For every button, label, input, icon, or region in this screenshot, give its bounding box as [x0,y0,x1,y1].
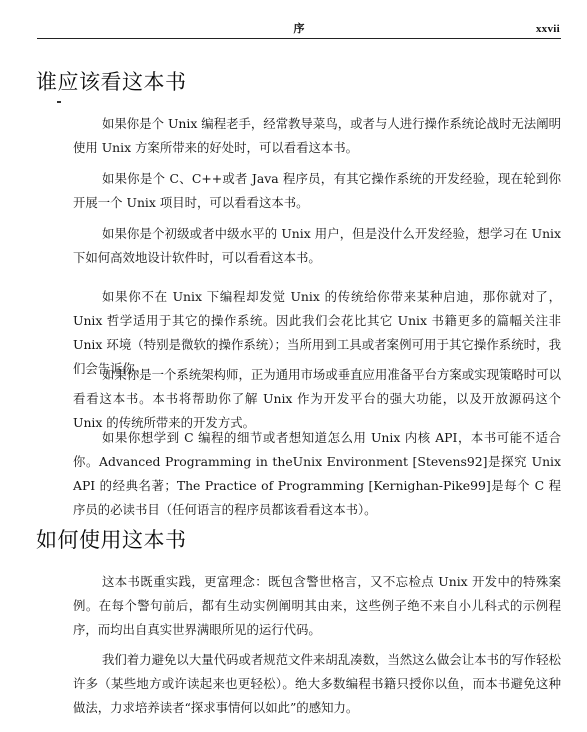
section-heading-who-should-read: 谁应该看这本书 [36,66,187,96]
paragraph-c-api-details: 如果你想学到 C 编程的细节或者想知道怎么用 Unix 内核 API，本书可能不… [73,426,561,522]
scan-artifact-mark [57,101,61,103]
paragraph-practice-and-philosophy: 这本书既重实践，更富理念：既包含警世格言，又不忘检点 Unix 开发中的特殊案例… [73,570,561,642]
section-heading-how-to-use: 如何使用这本书 [36,524,187,554]
paragraph-c-java-programmer: 如果你是个 C、C++或者 Java 程序员，有其它操作系统的开发经验，现在轮到… [73,167,561,215]
running-header: 序 xxvii [37,18,561,39]
page-number: xxvii [536,23,560,35]
running-header-title: 序 [37,20,561,36]
paragraph-avoid-padding: 我们着力避免以大量代码或者规范文件来胡乱凑数，当然这么做会让本书的写作轻松许多（… [73,648,561,720]
paragraph-unix-veteran: 如果你是个 Unix 编程老手，经常教导菜鸟，或者与人进行操作系统论战时无法阐明… [73,112,561,160]
paragraph-system-architect: 如果你是一个系统架构师，正为通用市场或垂直应用准备平台方案或实现策略时可以看看这… [73,363,561,435]
paragraph-novice-unix-user: 如果你是个初级或者中级水平的 Unix 用户，但是没什么开发经验，想学习在 Un… [73,222,561,270]
